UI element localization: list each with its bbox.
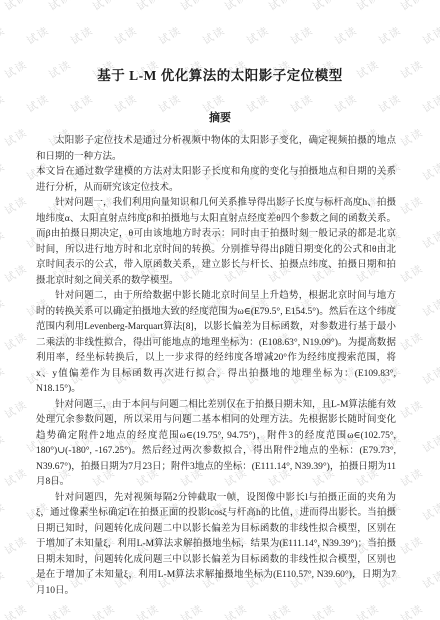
watermark-text: 试读	[332, 23, 360, 48]
page-number: 1	[0, 570, 440, 580]
watermark-text: 试读	[266, 0, 294, 14]
watermark-text: 试读	[178, 0, 206, 14]
watermark-text: 试读	[310, 0, 338, 14]
paragraph: 本文旨在通过数学建模的方法对太阳影子长度和角度的变化与拍摄地点和日期的关系进行分…	[36, 165, 396, 196]
abstract-paragraphs: 太阳影子定位技术是通过分析视频中物体的太阳影子变化，确定视频拍摄的地点和日期的一…	[36, 134, 396, 599]
watermark-text: 试读	[68, 23, 96, 48]
page-title: 基于 L-M 优化算法的太阳影子定位模型	[0, 64, 440, 84]
document-page: 试读试读试读试读试读试读试读试读试读试读试读试读试读试读试读试读试读试读试读试读…	[0, 0, 440, 620]
paragraph: 针对问题一，我们利用向量知识和几何关系推导得出影子长度与标杆高度h、拍摄地纬度α…	[36, 196, 396, 289]
watermark-text: 试读	[420, 23, 440, 48]
abstract-heading: 摘要	[0, 109, 440, 125]
watermark-text: 试读	[354, 0, 382, 14]
watermark-text: 试读	[398, 0, 426, 14]
watermark-text: 试读	[288, 23, 316, 48]
watermark-text: 试读	[2, 0, 30, 14]
watermark-text: 试读	[354, 601, 382, 620]
watermark-text: 试读	[46, 601, 74, 620]
paragraph: 针对问题二，由于所给数据中影长随北京时间呈上升趋势，根据北京时间与地方时的转换关…	[36, 289, 396, 398]
watermark-text: 试读	[222, 0, 250, 14]
paragraph: 针对问题四，先对视频每隔2分钟截取一帧，设图像中影长l与拍摄正面的夹角为ξ，通过…	[36, 491, 396, 600]
watermark-text: 试读	[376, 23, 404, 48]
watermark-text: 试读	[112, 23, 140, 48]
page-content: 基于 L-M 优化算法的太阳影子定位模型 摘要 太阳影子定位技术是通过分析视频中…	[0, 64, 440, 599]
watermark-text: 试读	[178, 601, 206, 620]
watermark-text: 试读	[156, 23, 184, 48]
watermark-text: 试读	[46, 0, 74, 14]
paragraph: 太阳影子定位技术是通过分析视频中物体的太阳影子变化，确定视频拍摄的地点和日期的一…	[36, 134, 396, 165]
watermark-text: 试读	[0, 23, 8, 48]
watermark-text: 试读	[200, 23, 228, 48]
watermark-text: 试读	[90, 601, 118, 620]
watermark-text: 试读	[398, 601, 426, 620]
watermark-text: 试读	[266, 601, 294, 620]
watermark-text: 试读	[24, 23, 52, 48]
paragraph: 针对问题三，由于本问与问题二相比差别仅在于拍摄日期未知，且L-M算法能有效处理冗…	[36, 398, 396, 491]
watermark-text: 试读	[90, 0, 118, 14]
watermark-text: 试读	[2, 601, 30, 620]
watermark-text: 试读	[134, 601, 162, 620]
watermark-text: 试读	[310, 601, 338, 620]
watermark-text: 试读	[134, 0, 162, 14]
watermark-text: 试读	[222, 601, 250, 620]
watermark-text: 试读	[244, 23, 272, 48]
